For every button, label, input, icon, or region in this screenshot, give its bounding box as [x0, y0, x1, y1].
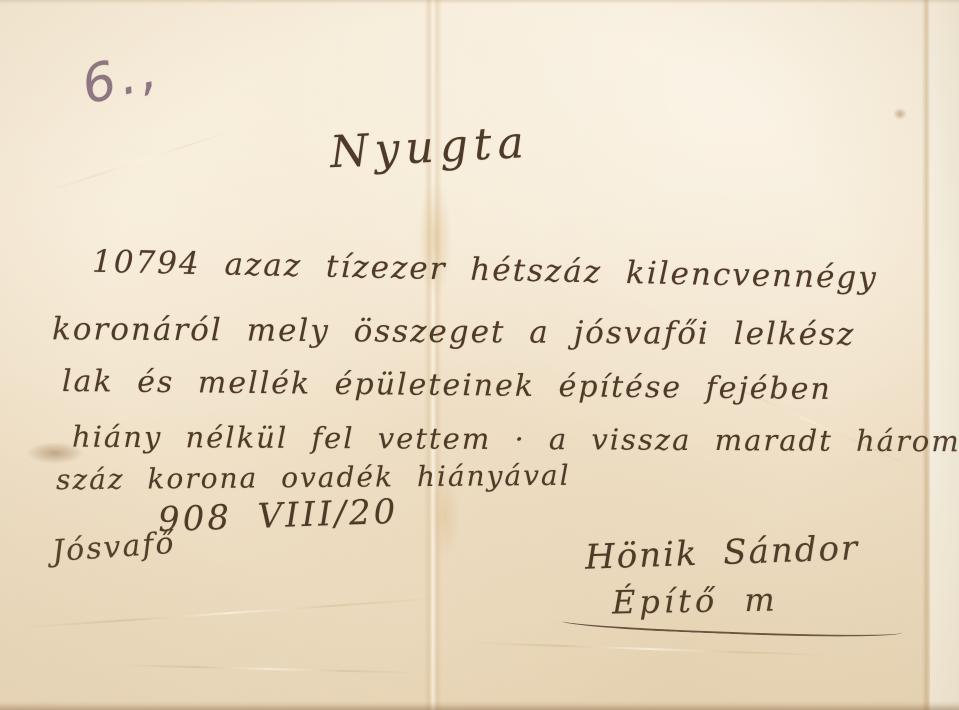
right-fold-crease — [922, 0, 930, 710]
body-line-4: hiány nélkül fel vettem · a vissza marad… — [72, 420, 959, 459]
body-line-3: lak és mellék épületeinek építése fejébe… — [62, 364, 832, 407]
paper-top-edge — [0, 0, 959, 4]
center-fold-crease — [424, 0, 442, 710]
place-name: Jósvafő — [51, 526, 177, 570]
crease-line — [120, 664, 420, 674]
body-line-5: száz korona ovadék hiányával — [56, 459, 571, 496]
scanned-document: 6., Nyugta 10794 azaz tízezer hétszáz ki… — [0, 0, 959, 710]
crease-line — [20, 597, 439, 628]
paper-spot — [893, 108, 907, 120]
document-date: 908 VIII/20 — [157, 492, 399, 540]
paper-right-edge — [930, 0, 959, 710]
signature-name: Hönik Sándor — [584, 528, 859, 578]
body-line-1: 10794 azaz tízezer hétszáz kilencvennégy — [92, 244, 878, 296]
archival-number: 6., — [76, 39, 166, 116]
document-title: Nyugta — [329, 117, 531, 178]
crease-line — [45, 129, 236, 193]
paper-bottom-edge — [0, 701, 959, 710]
scan-vignette — [0, 0, 959, 710]
body-line-2: koronáról mely összeget a jósvafői lelké… — [52, 311, 856, 353]
crease-line — [470, 642, 830, 657]
